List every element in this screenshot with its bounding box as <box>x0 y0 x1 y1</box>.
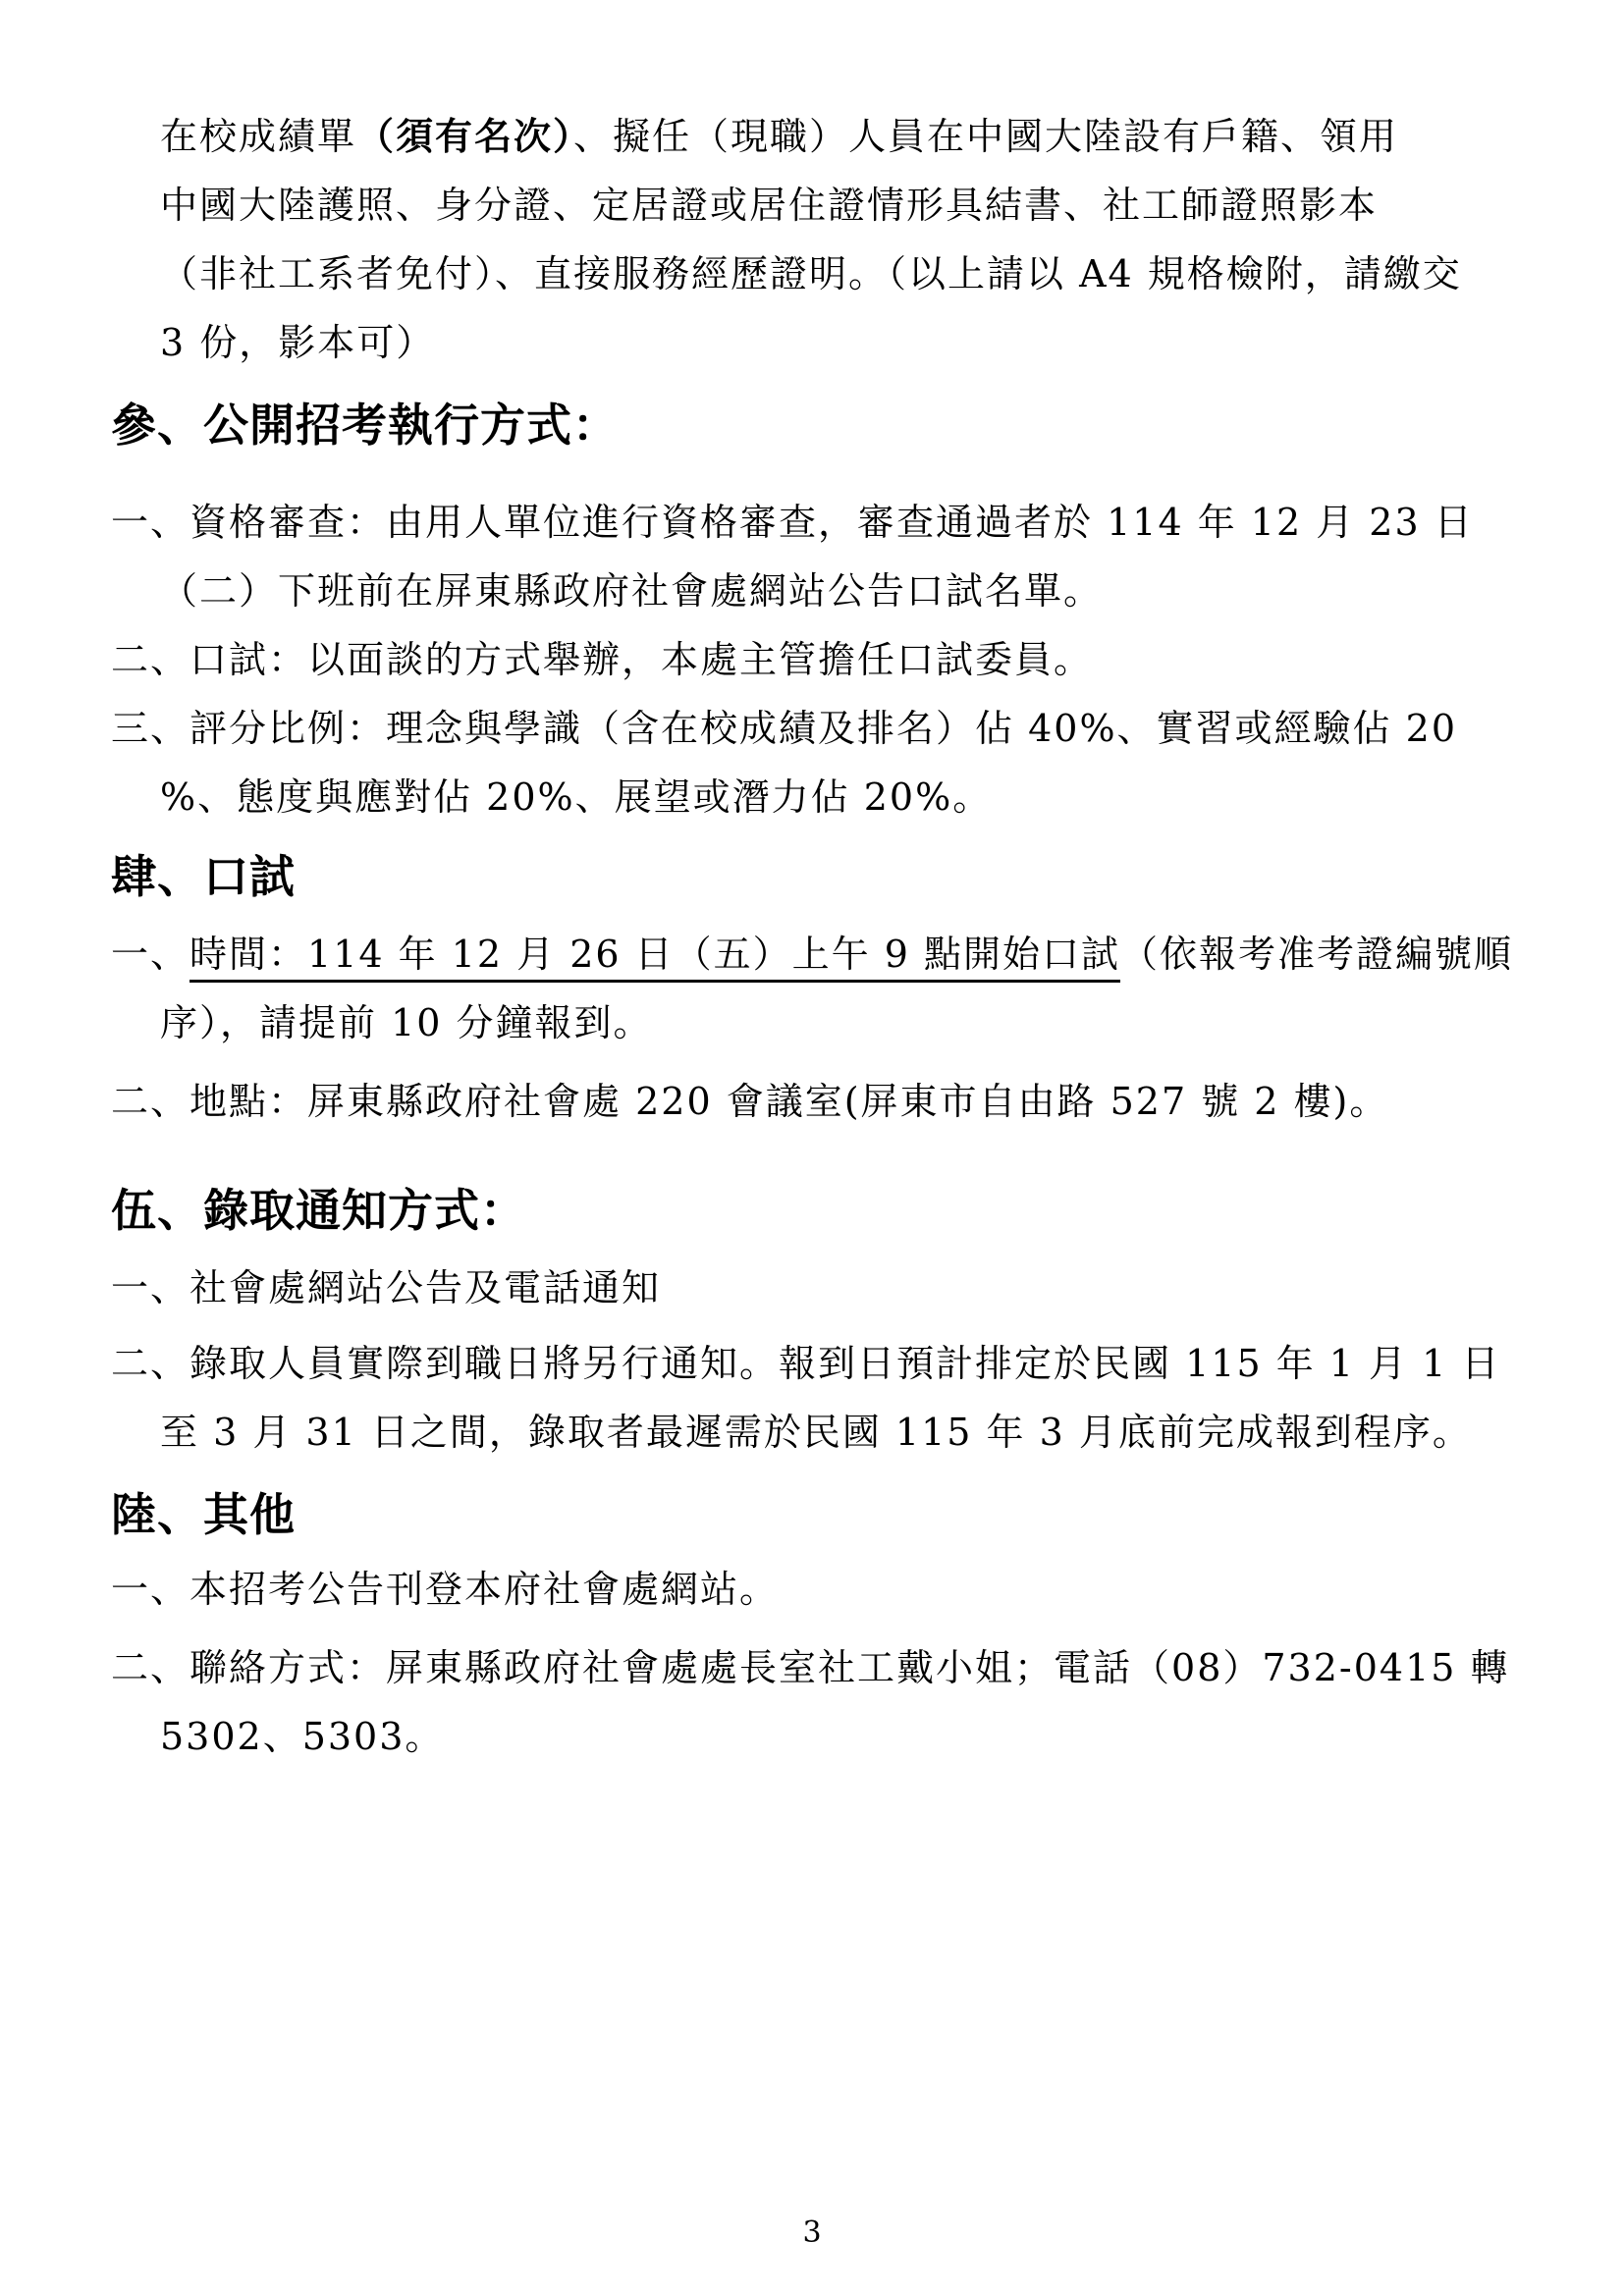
list-item-text: 地點：屏東縣政府社會處 220 會議室(屏東市自由路 527 號 2 樓)。 <box>189 1080 1388 1123</box>
intro-text-bold: （須有名次） <box>356 114 573 158</box>
list-item-line: 序），請提前 10 分鐘報到。 <box>111 988 1517 1057</box>
list-item: 二、地點：屏東縣政府社會處 220 會議室(屏東市自由路 527 號 2 樓)。 <box>111 1067 1517 1136</box>
list-item: 二、口試：以面談的方式舉辦，本處主管擔任口試委員。 <box>111 625 1517 694</box>
section-heading: 陸、其他 <box>111 1475 1517 1554</box>
list-item-line: 一、時間：114 年 12 月 26 日（五）上午 9 點開始口試（依報考准考證… <box>111 920 1517 988</box>
section-admission-notice: 伍、錄取通知方式： 一、社會處網站公告及電話通知 二、錄取人員實際到職日將另行通… <box>111 1171 1517 1467</box>
section-oral-exam: 肆、口試 一、時間：114 年 12 月 26 日（五）上午 9 點開始口試（依… <box>111 837 1517 1136</box>
list-item-text: 社會處網站公告及電話通知 <box>189 1266 661 1309</box>
section-others: 陸、其他 一、本招考公告刊登本府社會處網站。 二、聯絡方式：屏東縣政府社會處處長… <box>111 1475 1517 1771</box>
intro-line: 3 份，影本可） <box>111 308 1517 377</box>
intro-line: （非社工系者免付）、直接服務經歷證明。（以上請以 A4 規格檢附，請繳交 <box>111 240 1517 308</box>
list-item: 三、評分比例：理念與學識（含在校成績及排名）佔 40%、實習或經驗佔 20 %、… <box>111 694 1517 831</box>
list-item-line: 5302、5303。 <box>111 1702 1517 1771</box>
list-item-text: 資格審查：由用人單位進行資格審查，審查通過者於 114 年 12 月 23 日 <box>189 501 1474 544</box>
list-item-text: 評分比例：理念與學識（含在校成績及排名）佔 40%、實習或經驗佔 20 <box>189 707 1457 750</box>
intro-paragraph: 在校成績單（須有名次）、擬任（現職）人員在中國大陸設有戶籍、領用 中國大陸護照、… <box>111 102 1517 377</box>
list-item-line: %、態度與應對佔 20%、展望或潛力佔 20%。 <box>111 763 1517 831</box>
list-item-marker: 一、 <box>111 1568 189 1611</box>
list-item-line: 二、口試：以面談的方式舉辦，本處主管擔任口試委員。 <box>111 625 1517 694</box>
intro-text: 在校成績單 <box>160 115 356 158</box>
list-item-text-underlined: 時間：114 年 12 月 26 日（五）上午 9 點開始口試 <box>189 933 1120 983</box>
list-item: 一、時間：114 年 12 月 26 日（五）上午 9 點開始口試（依報考准考證… <box>111 920 1517 1057</box>
list-item-line: 三、評分比例：理念與學識（含在校成績及排名）佔 40%、實習或經驗佔 20 <box>111 694 1517 763</box>
list-item-marker: 一、 <box>111 501 189 544</box>
section-open-recruitment: 參、公開招考執行方式： 一、資格審查：由用人單位進行資格審查，審查通過者於 11… <box>111 386 1517 831</box>
list-item-line: 一、社會處網站公告及電話通知 <box>111 1254 1517 1322</box>
intro-text: 、擬任（現職）人員在中國大陸設有戶籍、領用 <box>573 115 1398 158</box>
list-item: 二、錄取人員實際到職日將另行通知。報到日預計排定於民國 115 年 1 月 1 … <box>111 1329 1517 1467</box>
list-item-line: （二）下班前在屏東縣政府社會處網站公告口試名單。 <box>111 557 1517 625</box>
list-item-marker: 三、 <box>111 707 189 750</box>
list-item-line: 一、資格審查：由用人單位進行資格審查，審查通過者於 114 年 12 月 23 … <box>111 488 1517 557</box>
list-item-line: 二、聯絡方式：屏東縣政府社會處處長室社工戴小姐；電話（08）732-0415 轉 <box>111 1633 1517 1702</box>
list-item-text: 聯絡方式：屏東縣政府社會處處長室社工戴小姐；電話（08）732-0415 轉 <box>189 1646 1510 1689</box>
list-item-marker: 一、 <box>111 933 189 976</box>
list-item: 二、聯絡方式：屏東縣政府社會處處長室社工戴小姐；電話（08）732-0415 轉… <box>111 1633 1517 1771</box>
list-item-marker: 二、 <box>111 1342 189 1385</box>
intro-line: 在校成績單（須有名次）、擬任（現職）人員在中國大陸設有戶籍、領用 <box>111 102 1517 171</box>
intro-line: 中國大陸護照、身分證、定居證或居住證情形具結書、社工師證照影本 <box>111 171 1517 240</box>
list-item: 一、社會處網站公告及電話通知 <box>111 1254 1517 1322</box>
document-body: 在校成績單（須有名次）、擬任（現職）人員在中國大陸設有戶籍、領用 中國大陸護照、… <box>111 102 1517 1771</box>
document-page: 在校成績單（須有名次）、擬任（現職）人員在中國大陸設有戶籍、領用 中國大陸護照、… <box>0 0 1624 2296</box>
list-item-marker: 二、 <box>111 638 189 681</box>
section-heading: 伍、錄取通知方式： <box>111 1171 1517 1250</box>
list-item-line: 至 3 月 31 日之間，錄取者最遲需於民國 115 年 3 月底前完成報到程序… <box>111 1398 1517 1467</box>
list-item: 一、本招考公告刊登本府社會處網站。 <box>111 1555 1517 1624</box>
list-item-marker: 二、 <box>111 1080 189 1123</box>
list-item: 一、資格審查：由用人單位進行資格審查，審查通過者於 114 年 12 月 23 … <box>111 488 1517 625</box>
list-item-marker: 一、 <box>111 1266 189 1309</box>
list-item-marker: 二、 <box>111 1646 189 1689</box>
section-heading: 肆、口試 <box>111 837 1517 916</box>
page-number: 3 <box>0 2212 1624 2255</box>
list-item-text: （依報考准考證編號順 <box>1120 933 1513 976</box>
section-heading: 參、公開招考執行方式： <box>111 386 1517 464</box>
list-item-text: 口試：以面談的方式舉辦，本處主管擔任口試委員。 <box>189 638 1093 681</box>
list-item-text: 錄取人員實際到職日將另行通知。報到日預計排定於民國 115 年 1 月 1 日 <box>189 1342 1500 1385</box>
list-item-line: 二、地點：屏東縣政府社會處 220 會議室(屏東市自由路 527 號 2 樓)。 <box>111 1067 1517 1136</box>
list-item-line: 一、本招考公告刊登本府社會處網站。 <box>111 1555 1517 1624</box>
list-item-line: 二、錄取人員實際到職日將另行通知。報到日預計排定於民國 115 年 1 月 1 … <box>111 1329 1517 1398</box>
list-item-text: 本招考公告刊登本府社會處網站。 <box>189 1568 779 1611</box>
